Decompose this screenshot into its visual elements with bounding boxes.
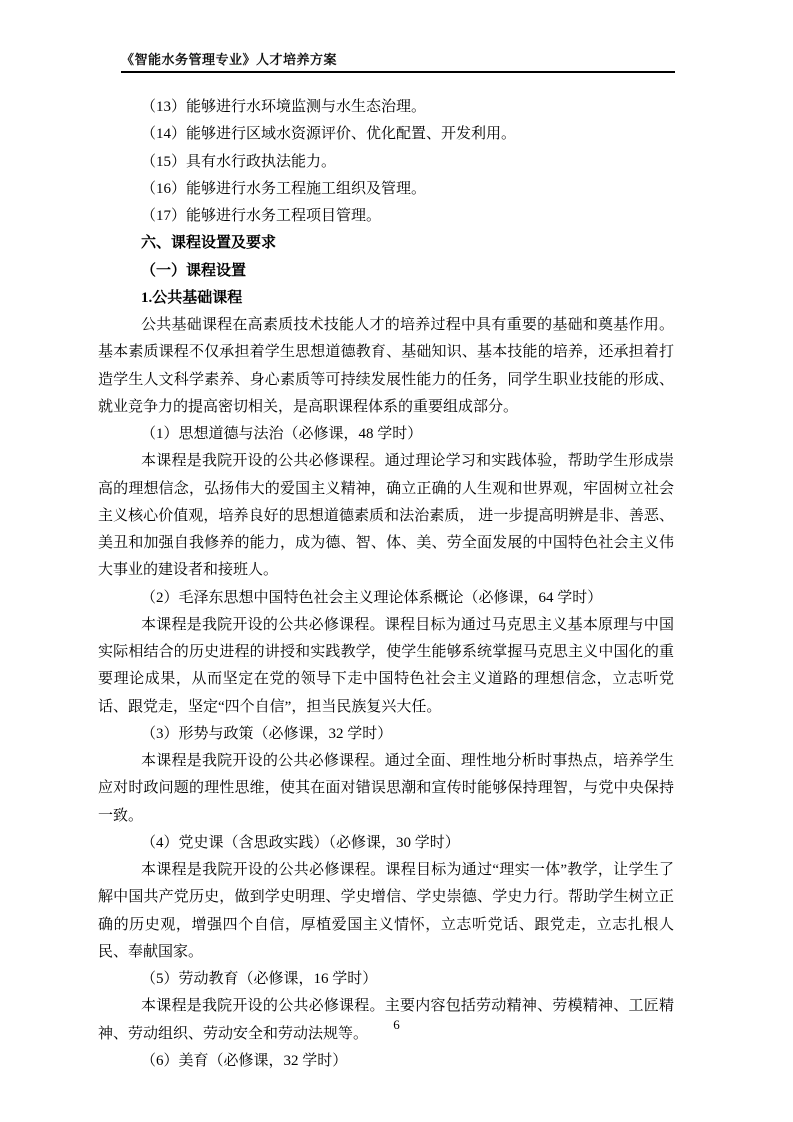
course-title-5: （5）劳动教育（必修课，16 学时） bbox=[98, 966, 674, 993]
subsection-heading-course-setup: （一）课程设置 bbox=[98, 258, 674, 285]
course-title-3: （3）形势与政策（必修课，32 学时） bbox=[98, 721, 674, 748]
course-title-4: （4）党史课（含思政实践）（必修课，30 学时） bbox=[98, 830, 674, 857]
section-heading-course-setup: 六、课程设置及要求 bbox=[98, 230, 674, 257]
list-item-16: （16）能够进行水务工程施工组织及管理。 bbox=[98, 176, 674, 203]
list-item-15: （15）具有水行政执法能力。 bbox=[98, 149, 674, 176]
course-desc-1: 本课程是我院开设的公共必修课程。通过理论学习和实践体验，帮助学生形成崇高的理想信… bbox=[98, 448, 674, 584]
course-desc-4: 本课程是我院开设的公共必修课程。课程目标为通过“理实一体”教学，让学生了解中国共… bbox=[98, 857, 674, 966]
list-item-13: （13）能够进行水环境监测与水生态治理。 bbox=[98, 94, 674, 121]
page-header: 《智能水务管理专业》人才培养方案 bbox=[121, 52, 675, 67]
document-body: （13）能够进行水环境监测与水生态治理。 （14）能够进行区域水资源评价、优化配… bbox=[98, 94, 674, 1075]
document-page: 《智能水务管理专业》人才培养方案 （13）能够进行水环境监测与水生态治理。 （1… bbox=[0, 0, 793, 1122]
header-divider bbox=[121, 71, 675, 73]
list-item-14: （14）能够进行区域水资源评价、优化配置、开发利用。 bbox=[98, 121, 674, 148]
paragraph-public-basic-intro: 公共基础课程在高素质技术技能人才的培养过程中具有重要的基础和奠基作用。基本素质课… bbox=[98, 312, 674, 421]
course-desc-2: 本课程是我院开设的公共必修课程。课程目标为通过马克思主义基本原理与中国实际相结合… bbox=[98, 612, 674, 721]
page-number: 6 bbox=[0, 1017, 793, 1033]
list-item-17: （17）能够进行水务工程项目管理。 bbox=[98, 203, 674, 230]
course-title-6: （6）美育（必修课，32 学时） bbox=[98, 1048, 674, 1075]
course-title-2: （2）毛泽东思想中国特色社会主义理论体系概论（必修课，64 学时） bbox=[98, 585, 674, 612]
course-title-1: （1）思想道德与法治（必修课，48 学时） bbox=[98, 421, 674, 448]
heading-public-basic-courses: 1.公共基础课程 bbox=[98, 285, 674, 312]
course-desc-3: 本课程是我院开设的公共必修课程。通过全面、理性地分析时事热点，培养学生应对时政问… bbox=[98, 748, 674, 830]
header-title: 《智能水务管理专业》人才培养方案 bbox=[121, 52, 337, 67]
